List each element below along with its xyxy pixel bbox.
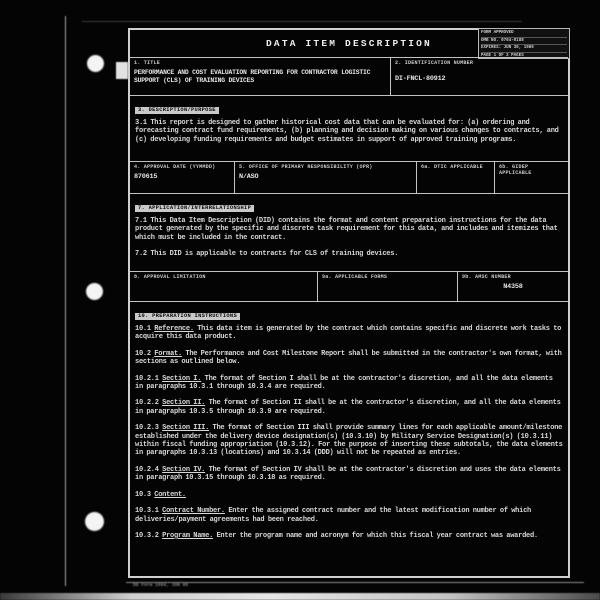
form-bottom-rule [126,582,584,583]
field-amsc-value: N4358 [462,283,564,291]
form-footer-text: DD Form 1664, JUN 86 [133,583,188,588]
paragraph-number: 10.2.2 [135,399,162,407]
section-7-header: 7. APPLICATION/INTERRELATIONSHIP [135,205,254,212]
paragraph: 10.2.4 Section IV. The format of Section… [135,466,563,483]
paragraph-lead: Content. [154,491,186,499]
paper-bottom-edge [0,593,600,600]
section-3-paragraphs: 3.1 This report is designed to gather hi… [135,119,563,144]
paragraph-number: 3.1 [135,119,150,127]
limitation-forms-amsc-row: 8. APPROVAL LIMITATION 9a. APPLICABLE FO… [130,271,568,301]
paragraph-text: This report is designed to gather histor… [135,119,559,144]
field-title-label: 1. TITLE [134,60,386,66]
form-approval-line: OMB NO. 0704-0188 [481,38,567,46]
paragraph-text: Enter the program name and acronym for w… [213,532,538,540]
form-approval-line: FORM APPROVED [481,30,567,38]
hole-punch [87,55,104,72]
paragraph-text: This data item is generated by the contr… [135,325,561,341]
paragraph: 10.2.1 Section I. The format of Section … [135,375,563,392]
paragraph: 7.1 This Data Item Description (DID) con… [135,217,563,242]
section-10-paragraphs: 10.1 Reference. This data item is genera… [135,325,563,540]
paragraph-lead: Program Name. [162,532,213,540]
paragraph: 10.2.3 Section III. The format of Sectio… [135,424,563,458]
paragraph: 10.2.2 Section II. The format of Section… [135,399,563,416]
paragraph-text: This Data Item Description (DID) contain… [135,217,558,242]
paragraph-number: 10.3.1 [135,507,162,515]
paragraph-lead: Section II. [162,399,205,407]
paragraph-lead: Reference. [154,325,194,333]
paragraph-text: The Performance and Cost Milestone Repor… [135,350,562,366]
title-id-row: 1. TITLE PERFORMANCE AND COST EVALUATION… [130,57,568,95]
field-title-value: PERFORMANCE AND COST EVALUATION REPORTIN… [134,69,386,84]
section-preparation-instructions: 10. PREPARATION INSTRUCTIONS 10.1 Refere… [130,301,568,576]
form-header-row: DATA ITEM DESCRIPTION FORM APPROVED OMB … [130,30,568,57]
field-approval-date-label: 4. APPROVAL DATE (YYMMDD) [134,164,230,170]
approval-opr-row: 4. APPROVAL DATE (YYMMDD) 870615 5. OFFI… [130,161,568,193]
paragraph-number: 10.1 [135,325,154,333]
field-approval-limitation: 8. APPROVAL LIMITATION [130,272,317,301]
section-application-interrelationship: 7. APPLICATION/INTERRELATIONSHIP 7.1 Thi… [130,193,568,271]
section-3-header: 3. DESCRIPTION/PURPOSE [135,107,219,114]
paragraph: 10.3.1 Contract Number. Enter the assign… [135,507,563,524]
paper-left-edge-line [65,16,66,586]
paragraph-lead: Section III. [162,424,209,432]
field-approval-limitation-label: 8. APPROVAL LIMITATION [134,274,313,280]
paragraph-lead: Section I. [162,375,201,383]
paragraph-lead: Section IV. [162,466,205,474]
field-opr-label: 5. OFFICE OF PRIMARY RESPONSIBILITY (OPR… [239,164,412,170]
section-description-purpose: 3. DESCRIPTION/PURPOSE 3.1 This report i… [130,95,568,161]
field-identification-number: 2. IDENTIFICATION NUMBER DI-FNCL-80912 [390,58,568,95]
form-approval-line: EXPIRES: JUN 30, 1989 [481,45,567,53]
scanned-document-page: DATA ITEM DESCRIPTION FORM APPROVED OMB … [0,0,600,600]
field-title: 1. TITLE PERFORMANCE AND COST EVALUATION… [130,58,390,95]
field-opr: 5. OFFICE OF PRIMARY RESPONSIBILITY (OPR… [234,162,416,193]
hole-punch [85,512,104,531]
binder-tab [116,62,128,79]
dd-form-1664: DATA ITEM DESCRIPTION FORM APPROVED OMB … [128,28,570,578]
paper-top-edge-line [82,21,522,22]
section-10-header: 10. PREPARATION INSTRUCTIONS [135,313,240,320]
paragraph-number: 7.2 [135,250,150,258]
paragraph-number: 10.2.3 [135,424,162,432]
hole-punch [86,283,103,300]
field-approval-date: 4. APPROVAL DATE (YYMMDD) 870615 [130,162,234,193]
paragraph-lead: Format. [154,350,182,358]
paragraph: 10.1 Reference. This data item is genera… [135,325,563,342]
field-dtic-applicable: 6a. DTIC APPLICABLE [416,162,494,193]
paragraph-number: 10.3.2 [135,532,162,540]
paragraph-number: 7.1 [135,217,150,225]
paragraph: 10.3 Content. [135,491,563,499]
paragraph-text: This DID is applicable to contracts for … [150,250,398,258]
field-id-label: 2. IDENTIFICATION NUMBER [395,60,564,66]
field-applicable-forms: 9a. APPLICABLE FORMS [317,272,457,301]
field-opr-value: N/ASO [239,173,412,181]
field-dtic-label: 6a. DTIC APPLICABLE [421,164,490,170]
paragraph: 7.2 This DID is applicable to contracts … [135,250,563,258]
section-7-paragraphs: 7.1 This Data Item Description (DID) con… [135,217,563,259]
paragraph-lead: Contract Number. [162,507,225,515]
paragraph-number: 10.3 [135,491,154,499]
field-amsc-number: 9b. AMSC NUMBER N4358 [457,272,568,301]
field-gidep-label: 6b. GIDEP APPLICABLE [499,164,564,176]
form-approval-box: FORM APPROVED OMB NO. 0704-0188 EXPIRES:… [478,28,570,59]
paragraph: 10.2 Format. The Performance and Cost Mi… [135,350,563,367]
field-applicable-forms-label: 9a. APPLICABLE FORMS [322,274,453,280]
paragraph-number: 10.2.1 [135,375,162,383]
form-title: DATA ITEM DESCRIPTION [266,38,432,49]
paragraph-number: 10.2.4 [135,466,162,474]
paragraph: 10.3.2 Program Name. Enter the program n… [135,532,563,540]
field-id-value: DI-FNCL-80912 [395,75,564,83]
field-amsc-label: 9b. AMSC NUMBER [462,274,564,280]
field-approval-date-value: 870615 [134,173,230,181]
paragraph-number: 10.2 [135,350,154,358]
field-gidep-applicable: 6b. GIDEP APPLICABLE [494,162,568,193]
paragraph: 3.1 This report is designed to gather hi… [135,119,563,144]
